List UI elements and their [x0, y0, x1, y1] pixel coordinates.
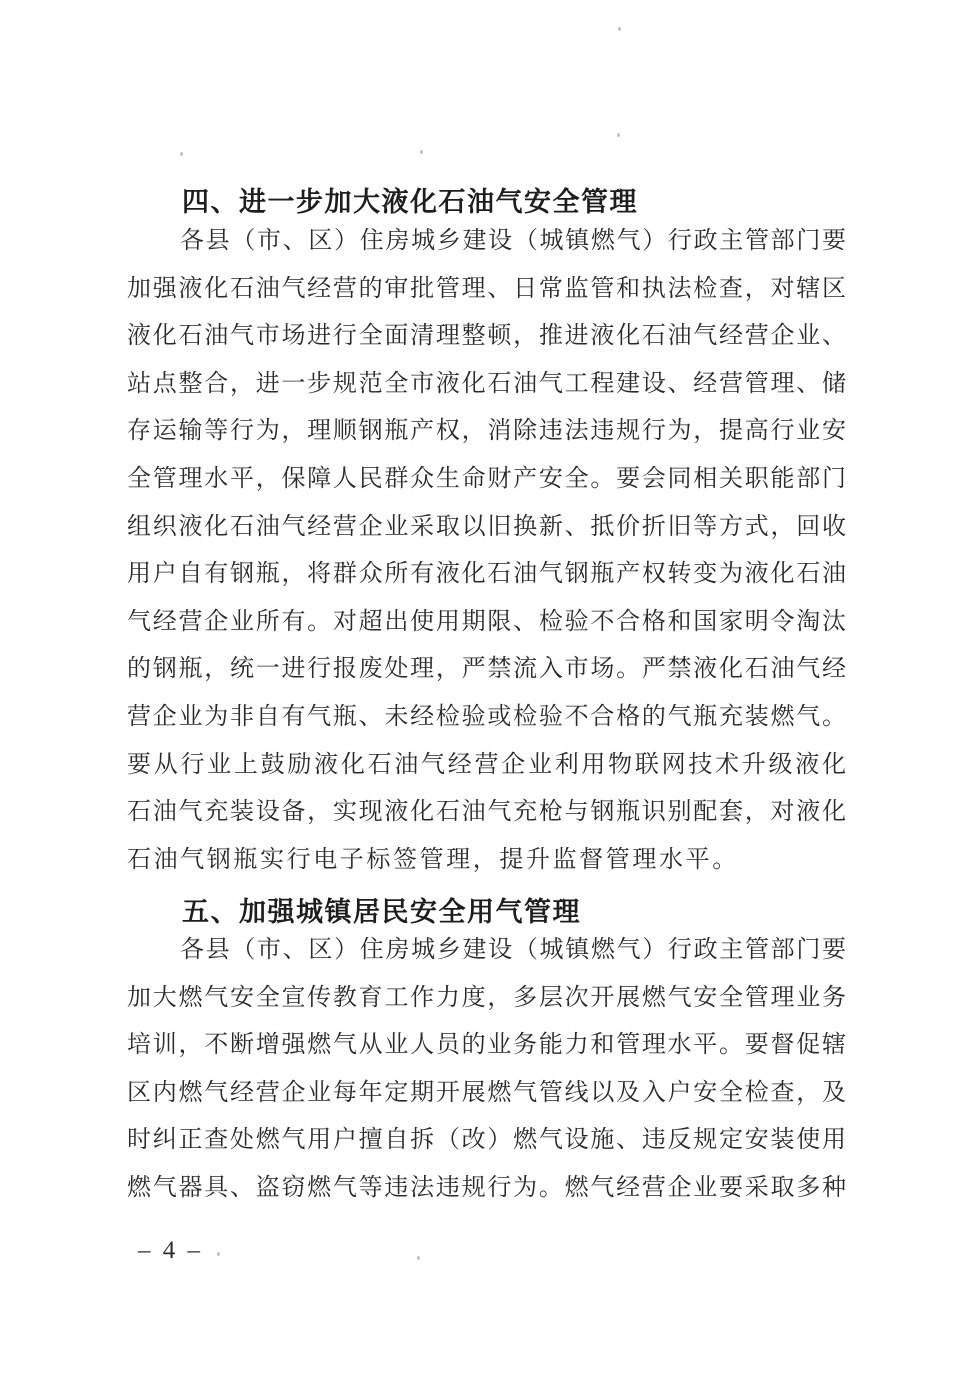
text-line: 加大燃气安全宣传教育工作力度，多层次开展燃气安全管理业务	[127, 975, 846, 1023]
text-line: 加强液化石油气经营的审批管理、日常监管和执法检查，对辖区	[127, 266, 846, 314]
text-line: 站点整合，进一步规范全市液化石油气工程建设、经营管理、储	[127, 361, 846, 409]
paragraph-residential-gas-safety: 各县（市、区）住房城乡建设（城镇燃气）行政主管部门要加大燃气安全宣传教育工作力度…	[127, 927, 846, 1213]
document-page: 四、进一步加大液化石油气安全管理 各县（市、区）住房城乡建设（城镇燃气）行政主管…	[0, 0, 966, 1373]
text-line: 全管理水平，保障人民群众生命财产安全。要会同相关职能部门	[127, 456, 846, 504]
text-line: 各县（市、区）住房城乡建设（城镇燃气）行政主管部门要	[127, 927, 846, 975]
scan-speck	[180, 152, 183, 156]
scan-speck	[420, 150, 423, 154]
text-line: 石油气充装设备，实现液化石油气充枪与钢瓶识别配套，对液化	[127, 789, 846, 837]
section-heading-5: 五、加强城镇居民安全用气管理	[182, 890, 581, 929]
text-line: 的钢瓶，统一进行报废处理，严禁流入市场。严禁液化石油气经	[127, 646, 846, 694]
text-line: 要从行业上鼓励液化石油气经营企业利用物联网技术升级液化	[127, 742, 846, 790]
scan-speck	[217, 1252, 220, 1256]
text-line: 液化石油气市场进行全面清理整顿，推进液化石油气经营企业、	[127, 313, 846, 361]
scan-speck	[618, 27, 621, 31]
text-line: 各县（市、区）住房城乡建设（城镇燃气）行政主管部门要	[127, 218, 846, 266]
text-line: 用户自有钢瓶，将群众所有液化石油气钢瓶产权转变为液化石油	[127, 551, 846, 599]
section-heading-4: 四、进一步加大液化石油气安全管理	[182, 180, 638, 219]
text-line: 时纠正查处燃气用户擅自拆（改）燃气设施、违反规定安装使用	[127, 1117, 846, 1165]
text-line: 营企业为非自有气瓶、未经检验或检验不合格的气瓶充装燃气。	[127, 694, 846, 742]
text-line: 存运输等行为，理顺钢瓶产权，消除违法违规行为，提高行业安	[127, 408, 846, 456]
text-line: 区内燃气经营企业每年定期开展燃气管线以及入户安全检查，及	[127, 1070, 846, 1118]
scan-speck	[417, 1256, 420, 1260]
text-line: 燃气器具、盗窃燃气等违法违规行为。燃气经营企业要采取多种	[127, 1165, 846, 1213]
text-line: 组织液化石油气经营企业采取以旧换新、抵价折旧等方式，回收	[127, 504, 846, 552]
paragraph-lpg-safety: 各县（市、区）住房城乡建设（城镇燃气）行政主管部门要加强液化石油气经营的审批管理…	[127, 218, 846, 884]
page-number: – 4 –	[138, 1237, 203, 1265]
text-line: 石油气钢瓶实行电子标签管理，提升监督管理水平。	[127, 837, 846, 885]
scan-speck	[617, 133, 620, 137]
text-line: 培训，不断增强燃气从业人员的业务能力和管理水平。要督促辖	[127, 1022, 846, 1070]
text-line: 气经营企业所有。对超出使用期限、检验不合格和国家明令淘汰	[127, 599, 846, 647]
